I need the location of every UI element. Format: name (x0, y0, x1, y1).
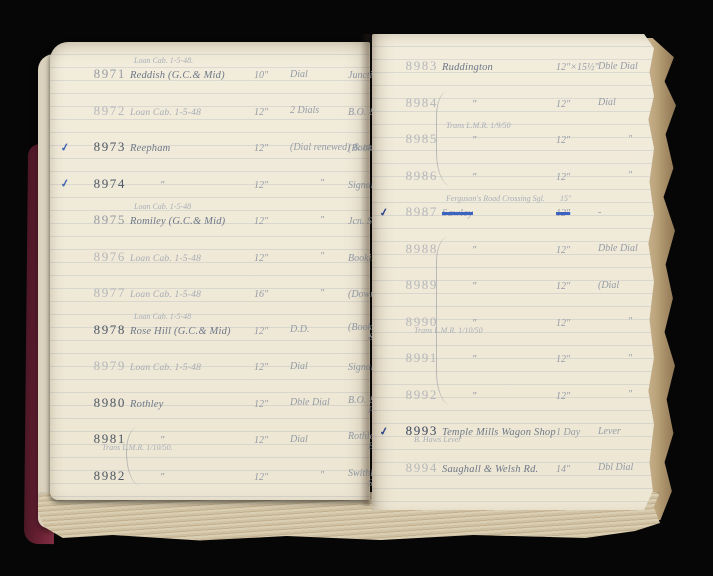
entry-number: 8989 (396, 277, 442, 293)
check-mark (50, 254, 80, 259)
dial-size: 12" (556, 135, 570, 146)
entry-station-name: Sawley (442, 208, 473, 219)
dial-type: Dial (290, 434, 348, 445)
check-mark (50, 108, 80, 113)
dial-type: " (290, 215, 348, 226)
right-page: 8983Ruddington12"×15½"Dble Dial(Booking … (372, 34, 654, 510)
entry-station-name: " (130, 180, 165, 191)
pencil-note: B. Haws Lever (414, 435, 461, 444)
ledger-row: 8981"Trans L.M.R. 1/10/50.12"DialRothley… (50, 421, 370, 458)
check-mark (50, 437, 80, 442)
pencil-note: Trans L.M.R. 1/10/50. (102, 443, 173, 452)
entry-number: 8992 (396, 387, 442, 403)
dial-type: Dial (290, 361, 348, 372)
entry-number: 8978 (80, 322, 130, 338)
ledger-row: 8977Loan Cab. 1-5-4816""(Down Platform (50, 275, 370, 312)
entry-name-cell: Loan Cab. 1-5-48Rose Hill (G.C.& Mid) (130, 321, 254, 339)
dial-size: 1 Day (556, 427, 580, 438)
check-mark (50, 327, 80, 332)
dial-size: 12" (556, 281, 570, 292)
dial-size-cell: 12" (556, 240, 598, 258)
ledger-row: 8989"12"(DialStn. Box (372, 267, 654, 304)
entry-name-cell: Loan Cab. 1-5-48 (130, 357, 254, 375)
dial-type: " (598, 170, 654, 181)
dial-type: - (598, 207, 654, 218)
entry-number: 8988 (396, 241, 442, 257)
entry-number: 8974 (80, 176, 130, 192)
entry-number: 8977 (80, 285, 130, 301)
dial-size-cell: 12" (556, 276, 598, 294)
dial-size-cell: 12" (556, 349, 598, 367)
dial-type: Dble Dial (598, 61, 654, 72)
dial-size-cell: 12" (254, 211, 290, 229)
check-mark: ✓ (49, 138, 81, 156)
entry-name-cell: " (442, 240, 556, 258)
dial-size-cell: 12" (556, 167, 598, 185)
ledger-row: 8971Loan Cab. 1-5-48.Reddish (G.C.& Mid)… (50, 56, 370, 93)
entry-station-name: Romiley (G.C.& Mid) (130, 216, 225, 227)
dial-size: 12" (254, 435, 268, 446)
check-mark (50, 473, 80, 478)
entry-name-cell: Loan Cab. 1-5-48 (130, 102, 254, 120)
ledger-row: 8991"12""Showell Box (372, 340, 654, 377)
dial-type: " (598, 134, 654, 145)
dial-type: " (598, 389, 654, 400)
entry-station-name: " (442, 99, 477, 110)
entry-name-cell: Ferguson's Road Crossing Sgl.Sawley (442, 203, 556, 221)
left-page-rows: 8971Loan Cab. 1-5-48.Reddish (G.C.& Mid)… (50, 42, 370, 494)
dial-type: " (290, 178, 348, 189)
entry-name-cell: Temple Mills Wagon ShopB. Haws Lever (442, 422, 556, 440)
ledger-row: 8978Loan Cab. 1-5-48Rose Hill (G.C.& Mid… (50, 312, 370, 349)
ledger-row: 8994Saughall & Welsh Rd.14"Dbl DialBooki… (372, 450, 654, 487)
pencil-note: Loan Cab. 1-5-48 (134, 312, 191, 321)
dial-size: 12" (556, 208, 570, 219)
check-mark (372, 101, 396, 105)
ledger-row: 8972Loan Cab. 1-5-4812"2 DialsB.O. & Pla… (50, 93, 370, 130)
dial-size: 12" (556, 172, 570, 183)
entry-name-cell: Loan Cab. 1-5-48Romiley (G.C.& Mid) (130, 211, 254, 229)
dial-size: 12" (556, 99, 570, 110)
pencil-note: Trans L.M.R. 1/10/50 (414, 326, 483, 335)
entry-station-name: Reddish (G.C.& Mid) (130, 70, 225, 81)
dial-size-cell: 14" (556, 459, 598, 477)
entry-name-cell: Reepham (130, 138, 254, 156)
check-mark (50, 291, 80, 296)
entry-number: 8973 (80, 139, 130, 155)
dial-size: 12" (556, 354, 570, 365)
entry-station-name: Ruddington (442, 62, 493, 73)
ledger-row: 8983Ruddington12"×15½"Dble Dial(Booking … (372, 48, 654, 85)
ledger-row: ✓8973Reepham12"(Dial renewed) & turned(B… (50, 129, 370, 166)
entry-station-name: " (442, 172, 477, 183)
dial-size: 12" (254, 253, 268, 264)
entry-name-cell: " (442, 276, 556, 294)
dial-type: (Dial (598, 280, 654, 291)
entry-name-cell: "Trans L.M.R. 1/10/50. (130, 430, 254, 448)
entry-number: 8994 (396, 460, 442, 476)
ledger-row: ✓8993Temple Mills Wagon ShopB. Haws Leve… (372, 413, 654, 450)
dial-type: Dble Dial (290, 397, 348, 408)
ledger-row: 8982"12""Swithland Sdg.Signal Box. (50, 458, 370, 495)
entry-station-name: " (442, 245, 477, 256)
entry-number: 8972 (80, 103, 130, 119)
dial-size: 12" (254, 472, 268, 483)
dial-type: Dbl Dial (598, 462, 654, 473)
ledger-row: 8975Loan Cab. 1-5-48Romiley (G.C.& Mid)1… (50, 202, 370, 239)
dial-size-cell: 12"×15½" (556, 57, 598, 75)
entry-station-name: Saughall & Welsh Rd. (442, 464, 538, 475)
ledger-book: 8971Loan Cab. 1-5-48.Reddish (G.C.& Mid)… (26, 26, 676, 550)
dial-size-cell: 12" (254, 321, 290, 339)
entry-name-cell: Trans L.M.R. 1/9/50" (442, 130, 556, 148)
dial-type: " (598, 316, 654, 327)
check-mark (372, 320, 396, 324)
dial-size-cell: 12" (254, 467, 290, 485)
check-mark (50, 364, 80, 369)
dial-type: Dble Dial (598, 243, 654, 254)
ledger-row: 8985Trans L.M.R. 1/9/50"12""Gotham Sdgs.… (372, 121, 654, 158)
entry-station-name: Rose Hill (G.C.& Mid) (130, 326, 231, 337)
dial-type: D.D. (290, 324, 348, 335)
check-mark (372, 137, 396, 141)
dial-size: 14" (556, 464, 570, 475)
check-mark (372, 393, 396, 397)
dial-size-cell: 12" (556, 94, 598, 112)
entry-name-cell: " (442, 167, 556, 185)
entry-station-name: " (442, 135, 477, 146)
ledger-row: 8979Loan Cab. 1-5-4812"DialSignal Box (50, 348, 370, 385)
entry-number: 8982 (80, 468, 130, 484)
ledger-row: 8992"12""Goods Office (372, 377, 654, 414)
entry-station-name: Loan Cab. 1-5-48 (130, 108, 201, 118)
check-mark: ✓ (49, 175, 81, 193)
dial-size: 12" (556, 245, 570, 256)
dial-size-cell: 12" (556, 130, 598, 148)
dial-type: Dial (290, 69, 348, 80)
entry-name-cell: Saughall & Welsh Rd. (442, 459, 556, 477)
pencil-note: 15" (560, 194, 571, 203)
dial-size: 12" (254, 143, 268, 154)
check-mark (372, 356, 396, 360)
dial-size-cell: 12" (254, 394, 290, 412)
entry-number: 8983 (396, 58, 442, 74)
entry-name-cell: Rothley (130, 394, 254, 412)
check-mark (372, 64, 396, 68)
dial-size: 12"×15½" (556, 62, 599, 73)
ledger-row: 8988"12"Dble DialGl. Office & Hall (372, 231, 654, 268)
ledger-row: ✓8974"12""Signal Box (50, 166, 370, 203)
check-mark: ✓ (371, 204, 397, 221)
dial-size-cell: 12" (254, 248, 290, 266)
check-mark (372, 247, 396, 251)
entry-number: 8987 (396, 204, 442, 220)
pencil-note: Loan Cab. 1-5-48. (134, 56, 193, 65)
entry-number: 8971 (80, 66, 130, 82)
pencil-note: Junction Signal Box (658, 194, 713, 203)
dial-type: Lever (598, 426, 654, 437)
entry-name-cell: " (442, 349, 556, 367)
pencil-note: Ferguson's Road Crossing Sgl. (446, 194, 545, 203)
dial-type: Dial (598, 97, 654, 108)
dial-size-cell: 12" (556, 386, 598, 404)
entry-number: 8985 (396, 131, 442, 147)
entry-name-cell: " (130, 467, 254, 485)
entry-station-name: " (130, 472, 165, 483)
dial-type: (Dial renewed) & turned (290, 142, 348, 153)
check-mark (50, 400, 80, 405)
entry-name-cell: Ruddington (442, 57, 556, 75)
check-mark (372, 466, 396, 470)
dial-type: " (598, 353, 654, 364)
dial-size: 12" (254, 326, 268, 337)
entry-station-name: Loan Cab. 1-5-48 (130, 254, 201, 264)
dial-size: 16" (254, 289, 268, 300)
dial-size-cell: 12" (254, 430, 290, 448)
dial-type: " (290, 470, 348, 481)
dial-size-cell: 12" (254, 138, 290, 156)
check-mark: ✓ (371, 423, 397, 440)
check-mark (372, 283, 396, 287)
dial-size: 12" (254, 107, 268, 118)
dial-size: 10" (254, 70, 268, 81)
photo-backdrop: 8971Loan Cab. 1-5-48.Reddish (G.C.& Mid)… (0, 0, 713, 576)
ledger-row: 8986"12""Wilford Brook SdgsBox (372, 158, 654, 195)
ledger-row: ✓8987Ferguson's Road Crossing Sgl.Sawley… (372, 194, 654, 231)
entry-name-cell: Loan Cab. 1-5-48 (130, 284, 254, 302)
entry-station-name: " (442, 391, 477, 402)
check-mark (50, 72, 80, 77)
dial-size: 12" (254, 362, 268, 373)
entry-number: 8980 (80, 395, 130, 411)
ledger-row: 8976Loan Cab. 1-5-4812""Booking Office (50, 239, 370, 276)
entry-name-cell: Loan Cab. 1-5-48.Reddish (G.C.& Mid) (130, 65, 254, 83)
dial-size: 12" (254, 399, 268, 410)
entry-number: 8979 (80, 358, 130, 374)
entry-station-name: Loan Cab. 1-5-48 (130, 363, 201, 373)
pencil-note: Trans L.M.R. 1/9/50 (446, 121, 511, 130)
dial-type: " (290, 251, 348, 262)
dial-size: 12" (254, 216, 268, 227)
entry-station-name: " (442, 281, 477, 292)
dial-size: 12" (254, 180, 268, 191)
entry-station-name: " (442, 354, 477, 365)
entry-name-cell: Loan Cab. 1-5-48 (130, 248, 254, 266)
entry-station-name: Reepham (130, 143, 170, 154)
entry-name-cell: " (130, 175, 254, 193)
dial-size-cell: 12" (556, 313, 598, 331)
dial-type: " (290, 288, 348, 299)
dial-size: 12" (556, 391, 570, 402)
entry-number: 8976 (80, 249, 130, 265)
entry-station-name: Rothley (130, 399, 163, 410)
entry-number: 8991 (396, 350, 442, 366)
ledger-row: 8980Rothley12"Dble DialB.O. &Platform (50, 385, 370, 422)
ledger-row: 8984"12"DialStation Box (372, 85, 654, 122)
entry-station-name: Loan Cab. 1-5-48 (130, 290, 201, 300)
entry-number: 8984 (396, 95, 442, 111)
dial-size-cell: 1 Day (556, 422, 598, 440)
pencil-note: Loan Cab. 1-5-48 (134, 202, 191, 211)
check-mark (372, 174, 396, 178)
dial-size-cell: 10" (254, 65, 290, 83)
left-page: 8971Loan Cab. 1-5-48.Reddish (G.C.& Mid)… (50, 42, 370, 500)
entry-number: 8986 (396, 168, 442, 184)
dial-size-cell: 15"12" (556, 203, 598, 221)
entry-name-cell: " (442, 386, 556, 404)
right-page-rows: 8983Ruddington12"×15½"Dble Dial(Booking … (372, 34, 654, 486)
entry-number: 8975 (80, 212, 130, 228)
dial-size-cell: 12" (254, 357, 290, 375)
dial-size-cell: 12" (254, 175, 290, 193)
dial-size: 12" (556, 318, 570, 329)
dial-size-cell: 16" (254, 284, 290, 302)
ledger-row: 8990"Trans L.M.R. 1/10/5012""Carrs Sdgs … (372, 304, 654, 341)
dial-type: 2 Dials (290, 105, 348, 116)
check-mark (50, 218, 80, 223)
entry-name-cell: " (442, 94, 556, 112)
entry-name-cell: "Trans L.M.R. 1/10/50 (442, 313, 556, 331)
dial-size-cell: 12" (254, 102, 290, 120)
